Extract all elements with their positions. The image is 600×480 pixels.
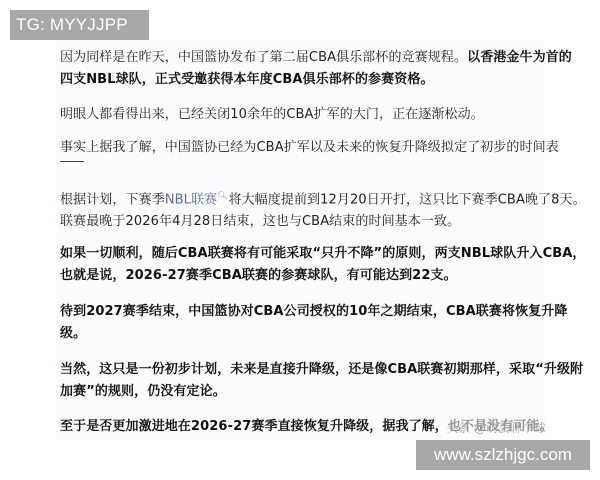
- paragraph-line: 因为同样是在昨天，中国篮协发布了第二届CBA俱乐部杯的竞赛规程。以香港金牛为首的: [60, 47, 540, 69]
- text-run: 明眼人都看得出来，已经关闭10余年的CBA扩军的大门，正在逐渐松动。: [60, 104, 540, 126]
- text-run: 联赛最晚于2026年4月28日结束，这也与CBA结束的时间基本一致。: [60, 211, 540, 233]
- paragraph-5: 如果一切顺利，随后CBA联赛将有可能采取“只升不降”的原则，两支NBL球队升入C…: [60, 243, 540, 287]
- paragraph-3: 事实上据我了解，中国篮协已经为CBA扩军以及未来的恢复升降级拟定了初步的时间表: [60, 137, 540, 162]
- search-icon[interactable]: 🔍︎: [217, 191, 227, 200]
- text-run: 根据计划，下赛季: [60, 192, 165, 207]
- bold-text-run: 加赛”的规则，仍没有定论。: [60, 381, 540, 403]
- source-watermark: 头条 @萌芸聊个球: [446, 416, 546, 439]
- paragraph-4: 根据计划，下赛季NBL联赛🔍︎将大幅度提前到12月20日开打，这只比下赛季CBA…: [60, 185, 540, 233]
- paragraph-1: 因为同样是在昨天，中国篮协发布了第二届CBA俱乐部杯的竞赛规程。以香港金牛为首的…: [60, 47, 540, 91]
- bold-text-run: 级。: [60, 323, 540, 345]
- site-watermark: www.szlzhjgc.com: [416, 440, 590, 470]
- bold-text-run: 以香港金牛为首的: [467, 50, 572, 65]
- paragraph-6: 待到2027赛季结束，中国篮协对CBA公司授权的10年之期结束，CBA联赛将恢复…: [60, 301, 540, 345]
- text-run: 事实上据我了解，中国篮协已经为CBA扩军以及未来的恢复升降级拟定了初步的时间表: [60, 137, 540, 159]
- text-run: 因为同样是在昨天，中国篮协发布了第二届CBA俱乐部杯的竞赛规程。: [60, 50, 467, 65]
- bold-text-run: 当然，这只是一份初步计划，未来是直接升降级，还是像CBA联赛初期那样，采取“升级…: [60, 359, 540, 381]
- em-dash-divider: [60, 161, 84, 162]
- tg-watermark: TG: MYYJJPP: [10, 10, 149, 40]
- paragraph-line: 根据计划，下赛季NBL联赛🔍︎将大幅度提前到12月20日开打，这只比下赛季CBA…: [60, 185, 540, 211]
- source-watermark-text: 头条 @萌芸聊个球: [446, 421, 546, 435]
- bold-text-run: 也就是说，2026-27赛季CBA联赛的参赛球队，有可能达到22支。: [60, 265, 540, 287]
- bold-text-run: 待到2027赛季结束，中国篮协对CBA公司授权的10年之期结束，CBA联赛将恢复…: [60, 301, 540, 323]
- bold-text-run: 四支NBL球队，正式受邀获得本年度CBA俱乐部杯的参赛资格。: [60, 69, 540, 91]
- paragraph-7: 当然，这只是一份初步计划，未来是直接升降级，还是像CBA联赛初期那样，采取“升级…: [60, 359, 540, 403]
- nbl-league-link[interactable]: NBL联赛: [165, 192, 217, 207]
- bold-text-run: 如果一切顺利，随后CBA联赛将有可能采取“只升不降”的原则，两支NBL球队升入C…: [60, 243, 540, 265]
- page: 因为同样是在昨天，中国篮协发布了第二届CBA俱乐部杯的竞赛规程。以香港金牛为首的…: [0, 0, 600, 480]
- text-run: 将大幅度提前到12月20日开打，这只比下赛季CBA晚了8天。: [228, 192, 585, 207]
- paragraph-2: 明眼人都看得出来，已经关闭10余年的CBA扩军的大门，正在逐渐松动。: [60, 104, 540, 126]
